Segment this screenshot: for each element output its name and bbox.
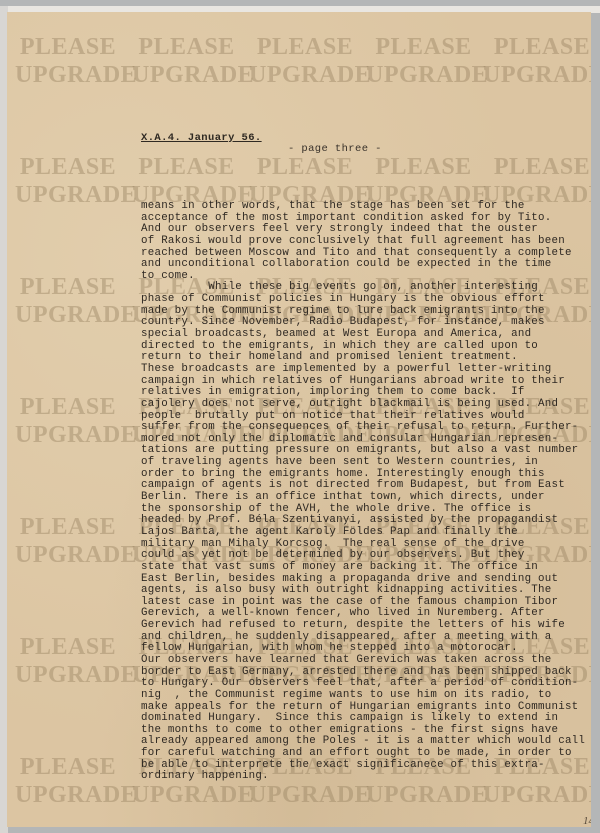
text-line: Gerevich had refused to return, despite … [141,620,591,632]
text-line: nig , the Communist regime wants to use … [141,690,591,702]
watermark-row: PLEASEPLEASEPLEASEPLEASEPLEASE [15,34,591,60]
text-line: Our observers have learned that Gerevich… [141,655,591,667]
text-line: for careful watching and an effort ought… [141,748,591,760]
text-line: means in other words, that the stage has… [141,201,591,213]
text-line: These broadcasts are implemented by a po… [141,364,591,376]
page-marker: - page three - [288,143,382,155]
text-line: and unconditional collaboration could be… [141,259,591,271]
text-line: ordinary happening. [141,771,591,783]
watermark-row: PLEASEPLEASEPLEASEPLEASEPLEASE [15,154,591,180]
text-line: of Rakosi would prove conclusively that … [141,236,591,248]
page-number: 14. [583,815,591,827]
document-reference-header: X.A.4. January 56. [141,132,262,144]
watermark-row: UPGRADEUPGRADEUPGRADEUPGRADEUPGRADE [15,62,591,88]
text-line: cajolery does not serve, outright blackm… [141,399,591,411]
text-line: special broadcasts, beamed at West Europ… [141,329,591,341]
document-body: means in other words, that the stage has… [141,201,591,783]
text-line: state that vast sums of money are backin… [141,562,591,574]
text-line: Lajos Barta, the agent Karoly Földes Pap… [141,527,591,539]
document-page: PLEASEPLEASEPLEASEPLEASEPLEASE UPGRADEUP… [7,12,591,827]
text-line: of traveling agents have been sent to We… [141,457,591,469]
text-line: Berlin. There is an office inthat town, … [141,492,591,504]
watermark-row: UPGRADEUPGRADEUPGRADEUPGRADEUPGRADE [15,782,591,808]
